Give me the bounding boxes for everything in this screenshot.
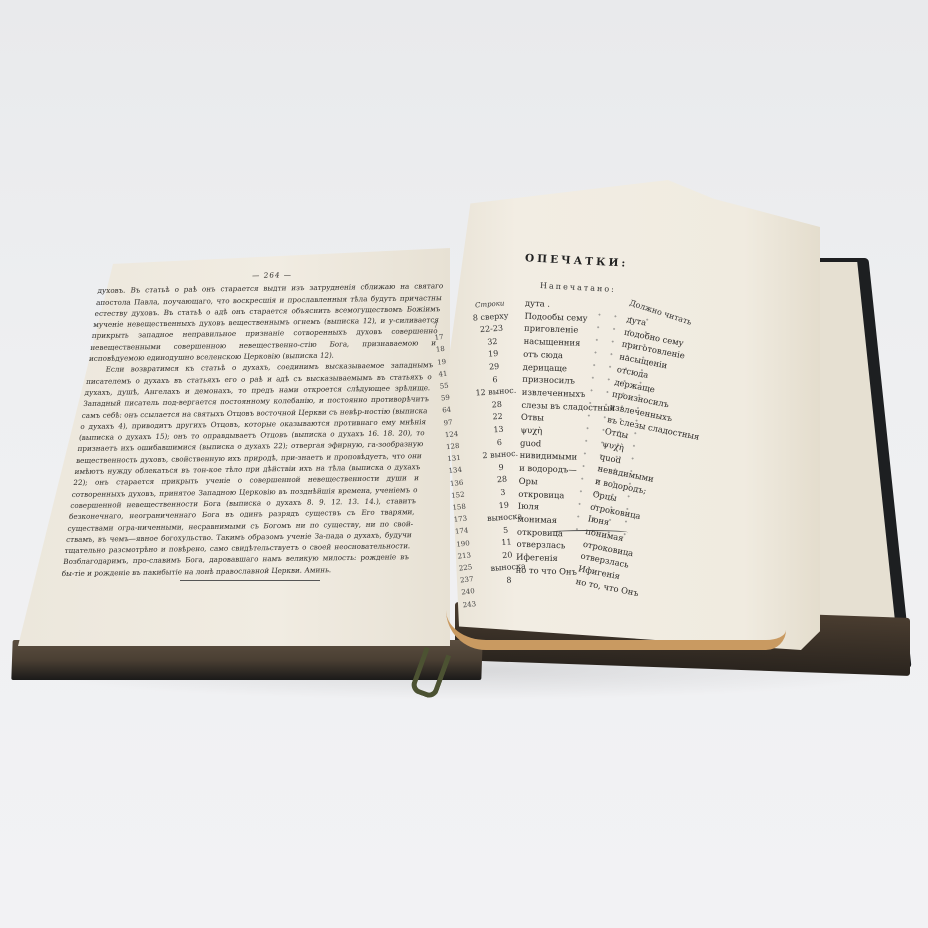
left-page-block-edge [11, 640, 482, 680]
paragraph: духовъ. Въ статьѣ о раѣ онъ старается вы… [88, 280, 444, 364]
paragraph: Если возвратимся къ статьѣ о духахъ, сое… [61, 360, 434, 579]
left-page-text: — 264 — духовъ. Въ статьѣ о раѣ онъ стар… [61, 267, 446, 579]
end-rule [180, 580, 320, 581]
ornament-rule [548, 530, 628, 535]
